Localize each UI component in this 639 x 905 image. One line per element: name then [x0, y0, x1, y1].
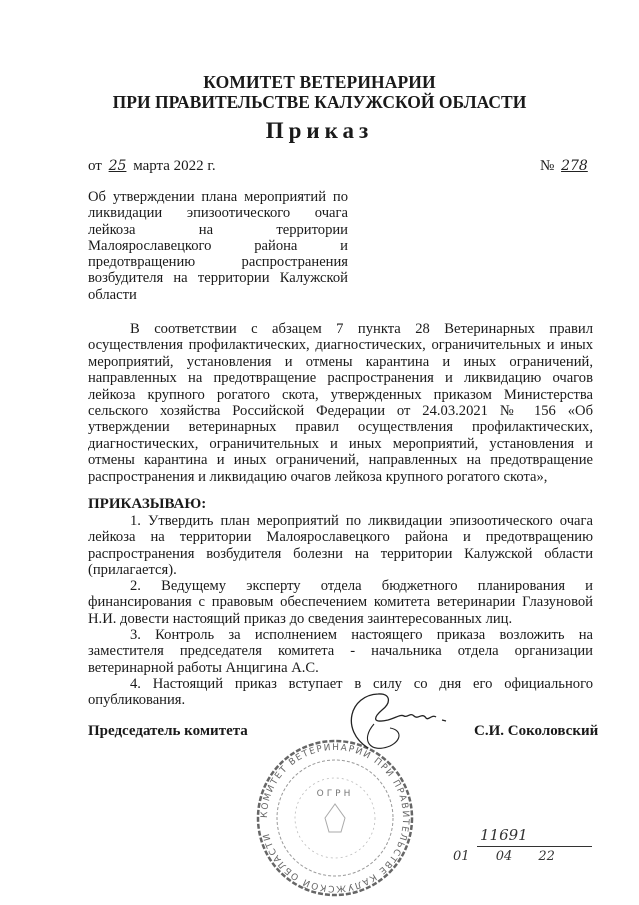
- subject-line: ликвидации эпизоотического очага: [88, 205, 348, 221]
- registration-month: 04: [496, 849, 513, 864]
- number-handwritten: 278: [558, 158, 591, 174]
- registration-day: 01: [453, 849, 470, 864]
- order-item-1: 1. Утвердить план мероприятий по ликвида…: [88, 513, 593, 579]
- organization-name-line2: ПРИ ПРАВИТЕЛЬСТВЕ КАЛУЖСКОЙ ОБЛАСТИ: [0, 92, 639, 113]
- document-subject: Об утверждении плана мероприятий по ликв…: [88, 189, 348, 303]
- stamp-inner-text: ОГРН: [317, 789, 354, 799]
- date-month-year: марта 2022 г.: [133, 158, 215, 174]
- date-day-handwritten: 25: [106, 158, 130, 174]
- document-number: № 278: [540, 158, 591, 175]
- official-stamp-icon: КОМИТЕТ ВЕТЕРИНАРИИ ПРИ ПРАВИТЕЛЬСТВЕ КА…: [255, 738, 415, 898]
- subject-line: Об утверждении плана мероприятий по: [88, 189, 348, 205]
- orders-heading: ПРИКАЗЫВАЮ:: [88, 496, 206, 513]
- registration-underline: [477, 846, 592, 847]
- date-prefix: от: [88, 158, 102, 174]
- handwritten-signature-icon: [330, 690, 450, 750]
- organization-name-line1: КОМИТЕТ ВЕТЕРИНАРИИ: [0, 72, 639, 93]
- basis-paragraph: В соответствии с абзацем 7 пункта 28 Вет…: [88, 321, 593, 485]
- subject-line: предотвращению распространения: [88, 254, 348, 270]
- number-prefix: №: [540, 158, 554, 174]
- order-item-2: 2. Ведущему эксперту отдела бюджетного п…: [88, 578, 593, 627]
- registration-number-handwritten: 11691: [480, 826, 528, 844]
- signatory-position: Председатель комитета: [88, 723, 248, 740]
- subject-line: области: [88, 287, 348, 303]
- signatory-name: С.И. Соколовский: [474, 723, 598, 740]
- svg-text:КОМИТЕТ ВЕТЕРИНАРИИ ПРИ ПРАВИТ: КОМИТЕТ ВЕТЕРИНАРИИ ПРИ ПРАВИТЕЛЬСТВЕ КА…: [260, 743, 410, 893]
- document-title: Приказ: [0, 118, 639, 144]
- subject-line: Малоярославецкого района и: [88, 238, 348, 254]
- registration-date-handwritten: 01 04 22: [453, 849, 555, 864]
- registration-year: 22: [538, 849, 555, 864]
- stamp-outer-text: КОМИТЕТ ВЕТЕРИНАРИИ ПРИ ПРАВИТЕЛЬСТВЕ КА…: [260, 743, 410, 893]
- document-date: от 25 марта 2022 г.: [88, 158, 216, 175]
- subject-line: возбудителя на территории Калужской: [88, 270, 348, 286]
- order-item-3: 3. Контроль за исполнением настоящего пр…: [88, 627, 593, 676]
- subject-line: лейкоза на территории: [88, 222, 348, 238]
